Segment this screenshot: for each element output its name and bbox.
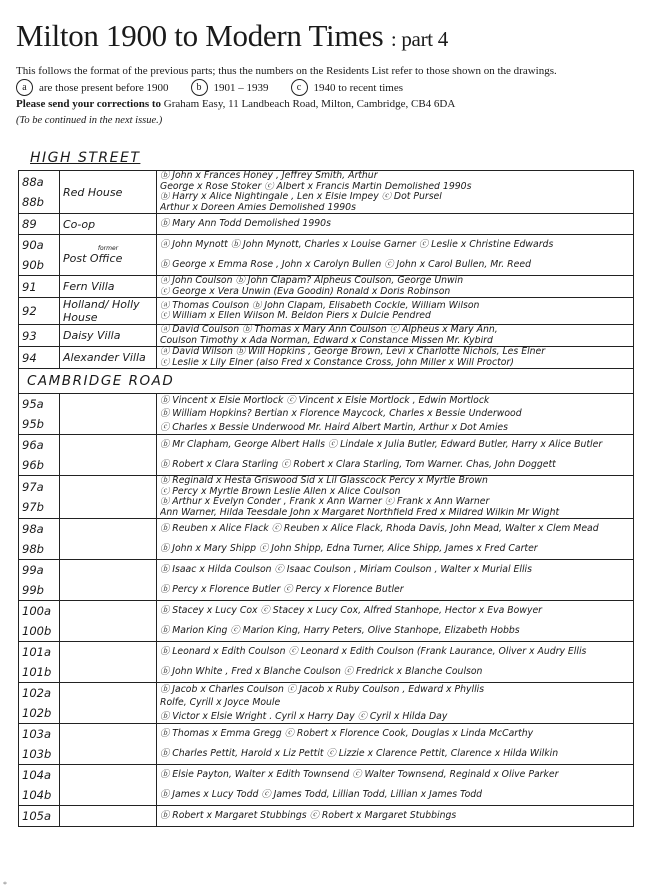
- house-number: 99a: [22, 560, 56, 580]
- house-number-cell: 99a99b: [19, 560, 60, 601]
- occupants-cell: ⓑ Stacey ⅹ Lucy Cox ⓒ Stacey ⅹ Lucy Cox,…: [157, 601, 634, 642]
- occupants-line: ⓑ Stacey ⅹ Lucy Cox ⓒ Stacey ⅹ Lucy Cox,…: [160, 601, 630, 621]
- occupants-line: ⓑ Leonard ⅹ Edith Coulson ⓒ Leonard ⅹ Ed…: [160, 642, 630, 662]
- house-number-cell: 101a101b: [19, 642, 60, 683]
- house-number-cell: 90a90b: [19, 235, 60, 276]
- cambridge-road-rows: 95a95bⓑ Vincent ⅹ Elsie Mortlock ⓒ Vince…: [19, 394, 634, 827]
- house-number-cell: 94: [19, 347, 60, 369]
- occupants-line: ⓑ Marion King ⓒ Marion King, Harry Peter…: [160, 621, 630, 641]
- house-number: 98a: [22, 519, 56, 539]
- house-number-cell: 102a102b: [19, 683, 60, 724]
- house-name-cell: [60, 519, 157, 560]
- resident-row: 94Alexander Villaⓐ David Wilson ⓑ Will H…: [19, 347, 634, 369]
- occupants-line: ⓑ Robert ⅹ Margaret Stubbings ⓒ Robert ⅹ…: [160, 806, 630, 826]
- occupants-line: ⓑ Mr Clapham, George Albert Halls ⓒ Lind…: [160, 435, 630, 455]
- occupants-line: ⓑ John White , Fred ⅹ Blanche Coulson ⓒ …: [160, 662, 630, 682]
- resident-row: 93Daisy Villaⓐ David Coulson ⓑ Thomas ⅹ …: [19, 325, 634, 347]
- high-street-rows: 88a88bRed Houseⓑ John ⅹ Frances Honey , …: [19, 171, 634, 369]
- house-number: 103a: [22, 724, 56, 744]
- house-number: 94: [22, 348, 56, 368]
- occupants-cell: ⓑ Reuben ⅹ Alice Flack ⓒ Reuben ⅹ Alice …: [157, 519, 634, 560]
- occupants-line: ⓒ Charles ⅹ Bessie Underwood Mr. Haird A…: [160, 421, 630, 434]
- occupants-line: ⓑ Elsie Payton, Walter ⅹ Edith Townsend …: [160, 765, 630, 785]
- house-number: 90b: [22, 255, 56, 275]
- resident-row: 91Fern Villaⓐ John Coulson ⓑ John Clapam…: [19, 276, 634, 298]
- occupants-cell: ⓑ Mr Clapham, George Albert Halls ⓒ Lind…: [157, 435, 634, 476]
- house-number: 98b: [22, 539, 56, 559]
- house-name-cell: [60, 435, 157, 476]
- house-name: Daisy Villa: [63, 329, 120, 342]
- house-name-cell: [60, 765, 157, 806]
- occupants-line: ⓒ Percy ⅹ Myrtle Brown Leslie Allen ⅹ Al…: [160, 487, 630, 498]
- house-number-cell: 95a95b: [19, 394, 60, 435]
- house-number-cell: 100a100b: [19, 601, 60, 642]
- occupants-line: ⓑ Robert ⅹ Clara Starling ⓒ Robert ⅹ Cla…: [160, 455, 630, 475]
- occupants-line: ⓑ Isaac ⅹ Hilda Coulson ⓒ Isaac Coulson …: [160, 560, 630, 580]
- resident-row: 101a101bⓑ Leonard ⅹ Edith Coulson ⓒ Leon…: [19, 642, 634, 683]
- occupants-cell: ⓐ John Coulson ⓑ John Clapam? Alpheus Co…: [157, 276, 634, 298]
- house-number: 99b: [22, 580, 56, 600]
- occupants-line: ⓑ Reuben ⅹ Alice Flack ⓒ Reuben ⅹ Alice …: [160, 519, 630, 539]
- continued-note: (To be continued in the next issue.): [16, 113, 646, 129]
- occupants-cell: ⓑ Mary Ann Todd Demolished 1990s: [157, 214, 634, 235]
- occupants-line: ⓐ David Coulson ⓑ Thomas ⅹ Mary Ann Coul…: [160, 325, 630, 336]
- house-name-cell: [60, 394, 157, 435]
- house-name: Post Office: [63, 252, 122, 265]
- occupants-cell: ⓑ Thomas ⅹ Emma Gregg ⓒ Robert ⅹ Florenc…: [157, 724, 634, 765]
- house-name-cell: [60, 601, 157, 642]
- house-number: 97b: [22, 497, 56, 517]
- resident-row: 88a88bRed Houseⓑ John ⅹ Frances Honey , …: [19, 171, 634, 214]
- house-name: Alexander Villa: [63, 351, 146, 364]
- house-number: 88b: [22, 192, 56, 212]
- house-number: 97a: [22, 477, 56, 497]
- occupants-line: ⓑ Harry ⅹ Alice Nightingale , Len ⅹ Elsi…: [160, 192, 630, 203]
- house-number: 91: [22, 277, 56, 297]
- house-name: Fern Villa: [63, 280, 115, 293]
- corrections-notice: Please send your corrections to Graham E…: [16, 96, 646, 113]
- corrections-address: Graham Easy, 11 Landbeach Road, Milton, …: [161, 98, 455, 110]
- occupants-line: ⓒ Leslie ⅹ Lily Elner (also Fred ⅹ Const…: [160, 358, 630, 369]
- occupants-cell: ⓑ John ⅹ Frances Honey , Jeffrey Smith, …: [157, 171, 634, 214]
- house-number: 93: [22, 326, 56, 346]
- house-number-cell: 91: [19, 276, 60, 298]
- house-number: 95a: [22, 394, 56, 414]
- resident-row: 104a104bⓑ Elsie Payton, Walter ⅹ Edith T…: [19, 765, 634, 806]
- title-text: Milton 1900 to Modern Times: [16, 18, 383, 53]
- occupants-line: ⓑ George ⅹ Emma Rose , John ⅹ Carolyn Bu…: [160, 255, 630, 275]
- occupants-line: Coulson Timothy ⅹ Ada Norman, Edward ⅹ C…: [160, 336, 630, 347]
- house-number: 95b: [22, 414, 56, 434]
- house-number-cell: 88a88b: [19, 171, 60, 214]
- house-number-cell: 104a104b: [19, 765, 60, 806]
- period-legend: a are those present before 1900 b 1901 –…: [16, 79, 646, 96]
- house-name-cell: [60, 724, 157, 765]
- cambridge-road-header: CAMBRIDGE ROAD: [19, 369, 634, 394]
- occupants-cell: ⓐ John Mynott ⓑ John Mynott, Charles ⅹ L…: [157, 235, 634, 276]
- house-name-cell: [60, 642, 157, 683]
- resident-row: 96a96bⓑ Mr Clapham, George Albert Halls …: [19, 435, 634, 476]
- house-name: Red House: [63, 186, 122, 199]
- resident-row: 90a90bformerPost Officeⓐ John Mynott ⓑ J…: [19, 235, 634, 276]
- occupants-cell: ⓐ David Coulson ⓑ Thomas ⅹ Mary Ann Coul…: [157, 325, 634, 347]
- house-name-cell: [60, 683, 157, 724]
- house-number-cell: 92: [19, 298, 60, 325]
- occupants-line: Arthur ⅹ Doreen Amies Demolished 1990s: [160, 203, 630, 214]
- page-header: Milton 1900 to Modern Times : part 4 Thi…: [16, 18, 646, 129]
- occupants-line: ⓑ William Hopkins? Bertian ⅹ Florence Ma…: [160, 407, 630, 420]
- house-number-cell: 97a97b: [19, 476, 60, 519]
- house-number: 89: [22, 214, 56, 234]
- house-number: 88a: [22, 172, 56, 192]
- legend-label-a: are those present before 1900: [39, 80, 169, 96]
- resident-row: 103a103bⓑ Thomas ⅹ Emma Gregg ⓒ Robert ⅹ…: [19, 724, 634, 765]
- part-label: : part 4: [391, 27, 448, 51]
- resident-row: 95a95bⓑ Vincent ⅹ Elsie Mortlock ⓒ Vince…: [19, 394, 634, 435]
- resident-row: 92Holland/ Holly Houseⓐ Thomas Coulson ⓑ…: [19, 298, 634, 325]
- occupants-line: Ann Warner, Hilda Teesdale John ⅹ Margar…: [160, 508, 630, 519]
- house-name-cell: Red House: [60, 171, 157, 214]
- resident-row: 102a102bⓑ Jacob ⅹ Charles Coulson ⓒ Jaco…: [19, 683, 634, 724]
- house-number-cell: 98a98b: [19, 519, 60, 560]
- resident-row: 105aⓑ Robert ⅹ Margaret Stubbings ⓒ Robe…: [19, 806, 634, 827]
- occupants-line: ⓑ John ⅹ Frances Honey , Jeffrey Smith, …: [160, 171, 630, 182]
- house-number-cell: 89: [19, 214, 60, 235]
- occupants-line: ⓑ Reginald ⅹ Hesta Griswood Sid ⅹ Lil Gl…: [160, 476, 630, 487]
- house-number: 90a: [22, 235, 56, 255]
- house-name: Co-op: [63, 218, 95, 231]
- occupants-line: ⓑ Victor ⅹ Elsie Wright . Cyril ⅹ Harry …: [160, 710, 630, 723]
- occupants-cell: ⓑ Isaac ⅹ Hilda Coulson ⓒ Isaac Coulson …: [157, 560, 634, 601]
- occupants-line: ⓑ Charles Pettit, Harold ⅹ Liz Pettit ⓒ …: [160, 744, 630, 764]
- occupants-line: ⓑ Thomas ⅹ Emma Gregg ⓒ Robert ⅹ Florenc…: [160, 724, 630, 744]
- house-name: Holland/ Holly House: [63, 298, 140, 324]
- cambridge-road-section-row: CAMBRIDGE ROAD: [19, 369, 634, 394]
- occupants-line: ⓑ Percy ⅹ Florence Butler ⓒ Percy ⅹ Flor…: [160, 580, 630, 600]
- intro-text: This follows the format of the previous …: [16, 63, 646, 79]
- occupants-cell: ⓐ Thomas Coulson ⓑ John Clapam, Elisabet…: [157, 298, 634, 325]
- house-number: 104b: [22, 785, 56, 805]
- house-name-cell: Alexander Villa: [60, 347, 157, 369]
- legend-label-b: 1901 – 1939: [214, 80, 269, 96]
- house-number: 101a: [22, 642, 56, 662]
- resident-row: 100a100bⓑ Stacey ⅹ Lucy Cox ⓒ Stacey ⅹ L…: [19, 601, 634, 642]
- occupants-cell: ⓑ Vincent ⅹ Elsie Mortlock ⓒ Vincent ⅹ E…: [157, 394, 634, 435]
- house-name-cell: [60, 560, 157, 601]
- occupants-cell: ⓐ David Wilson ⓑ Will Hopkins , George B…: [157, 347, 634, 369]
- occupants-line: ⓑ Arthur ⅹ Evelyn Conder , Frank ⅹ Ann W…: [160, 497, 630, 508]
- house-name-cell: formerPost Office: [60, 235, 157, 276]
- house-name-cell: [60, 806, 157, 827]
- legend-mark-c: c: [291, 79, 308, 96]
- house-number: 103b: [22, 744, 56, 764]
- occupants-cell: ⓑ Leonard ⅹ Edith Coulson ⓒ Leonard ⅹ Ed…: [157, 642, 634, 683]
- occupants-line: ⓑ Jacob ⅹ Charles Coulson ⓒ Jacob ⅹ Ruby…: [160, 683, 630, 696]
- occupants-line: George ⅹ Rose Stoker ⓒ Albert ⅹ Francis …: [160, 182, 630, 193]
- house-number: 92: [22, 301, 56, 321]
- house-number: 100b: [22, 621, 56, 641]
- house-number: 104a: [22, 765, 56, 785]
- legend-mark-b: b: [191, 79, 208, 96]
- legend-mark-a: a: [16, 79, 33, 96]
- house-number-cell: 93: [19, 325, 60, 347]
- occupants-line: ⓑ John ⅹ Mary Shipp ⓒ John Shipp, Edna T…: [160, 539, 630, 559]
- house-name-cell: [60, 476, 157, 519]
- occupants-line: ⓑ Vincent ⅹ Elsie Mortlock ⓒ Vincent ⅹ E…: [160, 394, 630, 407]
- residents-table: 88a88bRed Houseⓑ John ⅹ Frances Honey , …: [18, 170, 634, 827]
- margin-mark: *: [3, 880, 7, 889]
- house-name-cell: Co-op: [60, 214, 157, 235]
- resident-row: 99a99bⓑ Isaac ⅹ Hilda Coulson ⓒ Isaac Co…: [19, 560, 634, 601]
- page-title: Milton 1900 to Modern Times : part 4: [16, 18, 646, 57]
- house-number-cell: 96a96b: [19, 435, 60, 476]
- house-number-cell: 105a: [19, 806, 60, 827]
- occupants-cell: ⓑ Jacob ⅹ Charles Coulson ⓒ Jacob ⅹ Ruby…: [157, 683, 634, 724]
- resident-row: 98a98bⓑ Reuben ⅹ Alice Flack ⓒ Reuben ⅹ …: [19, 519, 634, 560]
- house-number: 101b: [22, 662, 56, 682]
- occupants-cell: ⓑ Elsie Payton, Walter ⅹ Edith Townsend …: [157, 765, 634, 806]
- occupants-line: ⓑ Mary Ann Todd Demolished 1990s: [160, 214, 630, 234]
- occupants-line: ⓐ Thomas Coulson ⓑ John Clapam, Elisabet…: [160, 301, 630, 312]
- occupants-cell: ⓑ Robert ⅹ Margaret Stubbings ⓒ Robert ⅹ…: [157, 806, 634, 827]
- occupants-line: ⓒ William ⅹ Ellen Wilson M. Beldon Piers…: [160, 311, 630, 322]
- house-name-cell: Fern Villa: [60, 276, 157, 298]
- resident-row: 89Co-opⓑ Mary Ann Todd Demolished 1990s: [19, 214, 634, 235]
- legend-label-c: 1940 to recent times: [314, 80, 404, 96]
- occupants-line: ⓐ David Wilson ⓑ Will Hopkins , George B…: [160, 347, 630, 358]
- house-number: 102a: [22, 683, 56, 703]
- section-title-high-street: HIGH STREET: [30, 150, 140, 166]
- occupants-line: ⓐ John Coulson ⓑ John Clapam? Alpheus Co…: [160, 276, 630, 287]
- house-name-cell: Daisy Villa: [60, 325, 157, 347]
- occupants-line: Rolfe, Cyrill ⅹ Joyce Moule: [160, 696, 630, 709]
- corrections-label: Please send your corrections to: [16, 98, 161, 110]
- house-number: 102b: [22, 703, 56, 723]
- section-title-cambridge-road: CAMBRIDGE ROAD: [19, 369, 634, 394]
- house-number: 105a: [22, 806, 56, 826]
- house-number: 96b: [22, 455, 56, 475]
- occupants-cell: ⓑ Reginald ⅹ Hesta Griswood Sid ⅹ Lil Gl…: [157, 476, 634, 519]
- house-number-cell: 103a103b: [19, 724, 60, 765]
- house-name-cell: Holland/ Holly House: [60, 298, 157, 325]
- occupants-line: ⓒ George ⅹ Vera Unwin (Eva Goodin) Ronal…: [160, 287, 630, 298]
- house-number: 96a: [22, 435, 56, 455]
- house-number: 100a: [22, 601, 56, 621]
- occupants-line: ⓑ James ⅹ Lucy Todd ⓒ James Todd, Lillia…: [160, 785, 630, 805]
- resident-row: 97a97bⓑ Reginald ⅹ Hesta Griswood Sid ⅹ …: [19, 476, 634, 519]
- occupants-line: ⓐ John Mynott ⓑ John Mynott, Charles ⅹ L…: [160, 235, 630, 255]
